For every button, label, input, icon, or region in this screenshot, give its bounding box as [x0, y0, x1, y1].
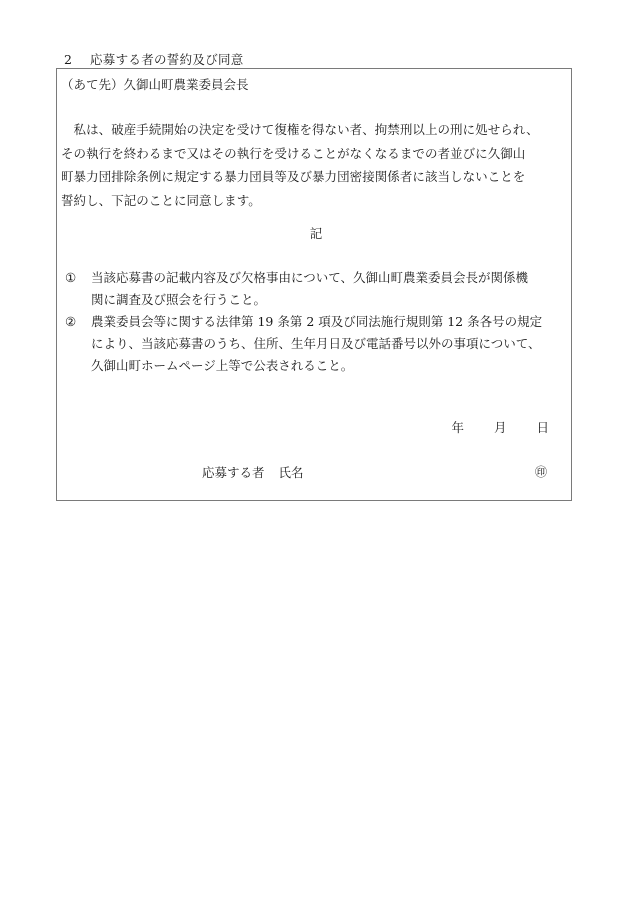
consent-item: ①当該応募書の記載内容及び欠格事由について、久御山町農業委員会長が関係機 関に調… [65, 267, 565, 311]
year-label: 年 [451, 418, 464, 436]
section-heading: 2応募する者の誓約及び同意 [64, 50, 244, 68]
pledge-line: その執行を終わるまで又はその執行を受けることがなくなるまでの者並びに久御山 [61, 142, 567, 166]
consent-items-list: ①当該応募書の記載内容及び欠格事由について、久御山町農業委員会長が関係機 関に調… [65, 267, 565, 377]
item-text: 当該応募書の記載内容及び欠格事由について、久御山町農業委員会長が関係機 [91, 270, 528, 285]
seal-mark-icon: ㊞ [535, 463, 547, 480]
item-text: 久御山町ホームページ上等で公表されること。 [65, 355, 565, 377]
ki-heading: 記 [57, 224, 571, 242]
date-field: 年月日 [451, 418, 549, 436]
pledge-paragraph: 私は、破産手続開始の決定を受けて復権を得ない者、拘禁刑以上の刑に処せられ、 その… [61, 118, 567, 212]
consent-item: ②農業委員会等に関する法律第 19 条第 2 項及び同法施行規則第 12 条各号… [65, 311, 565, 377]
addressee: （あて先）久御山町農業委員会長 [61, 75, 249, 93]
section-title: 応募する者の誓約及び同意 [90, 52, 244, 67]
day-label: 日 [536, 418, 549, 436]
name-label: 氏名 [279, 465, 304, 480]
item-mark: ② [65, 311, 91, 333]
item-mark: ① [65, 267, 91, 289]
item-text: により、当該応募書のうち、住所、生年月日及び電話番号以外の事項について、 [65, 333, 565, 355]
section-number: 2 [64, 52, 90, 67]
pledge-line: 町暴力団排除条例に規定する暴力団員等及び暴力団密接関係者に該当しないことを [61, 165, 567, 189]
item-text: 関に調査及び照会を行うこと。 [65, 289, 565, 311]
item-text: 農業委員会等に関する法律第 19 条第 2 項及び同法施行規則第 12 条各号の… [91, 314, 542, 329]
pledge-line: 誓約し、下記のことに同意します。 [61, 189, 567, 213]
signer-row: 応募する者氏名 ㊞ [57, 463, 571, 483]
signer-label: 応募する者 [202, 465, 265, 480]
month-label: 月 [494, 418, 507, 436]
pledge-consent-box: （あて先）久御山町農業委員会長 私は、破産手続開始の決定を受けて復権を得ない者、… [56, 68, 572, 501]
pledge-line: 私は、破産手続開始の決定を受けて復権を得ない者、拘禁刑以上の刑に処せられ、 [61, 118, 567, 142]
